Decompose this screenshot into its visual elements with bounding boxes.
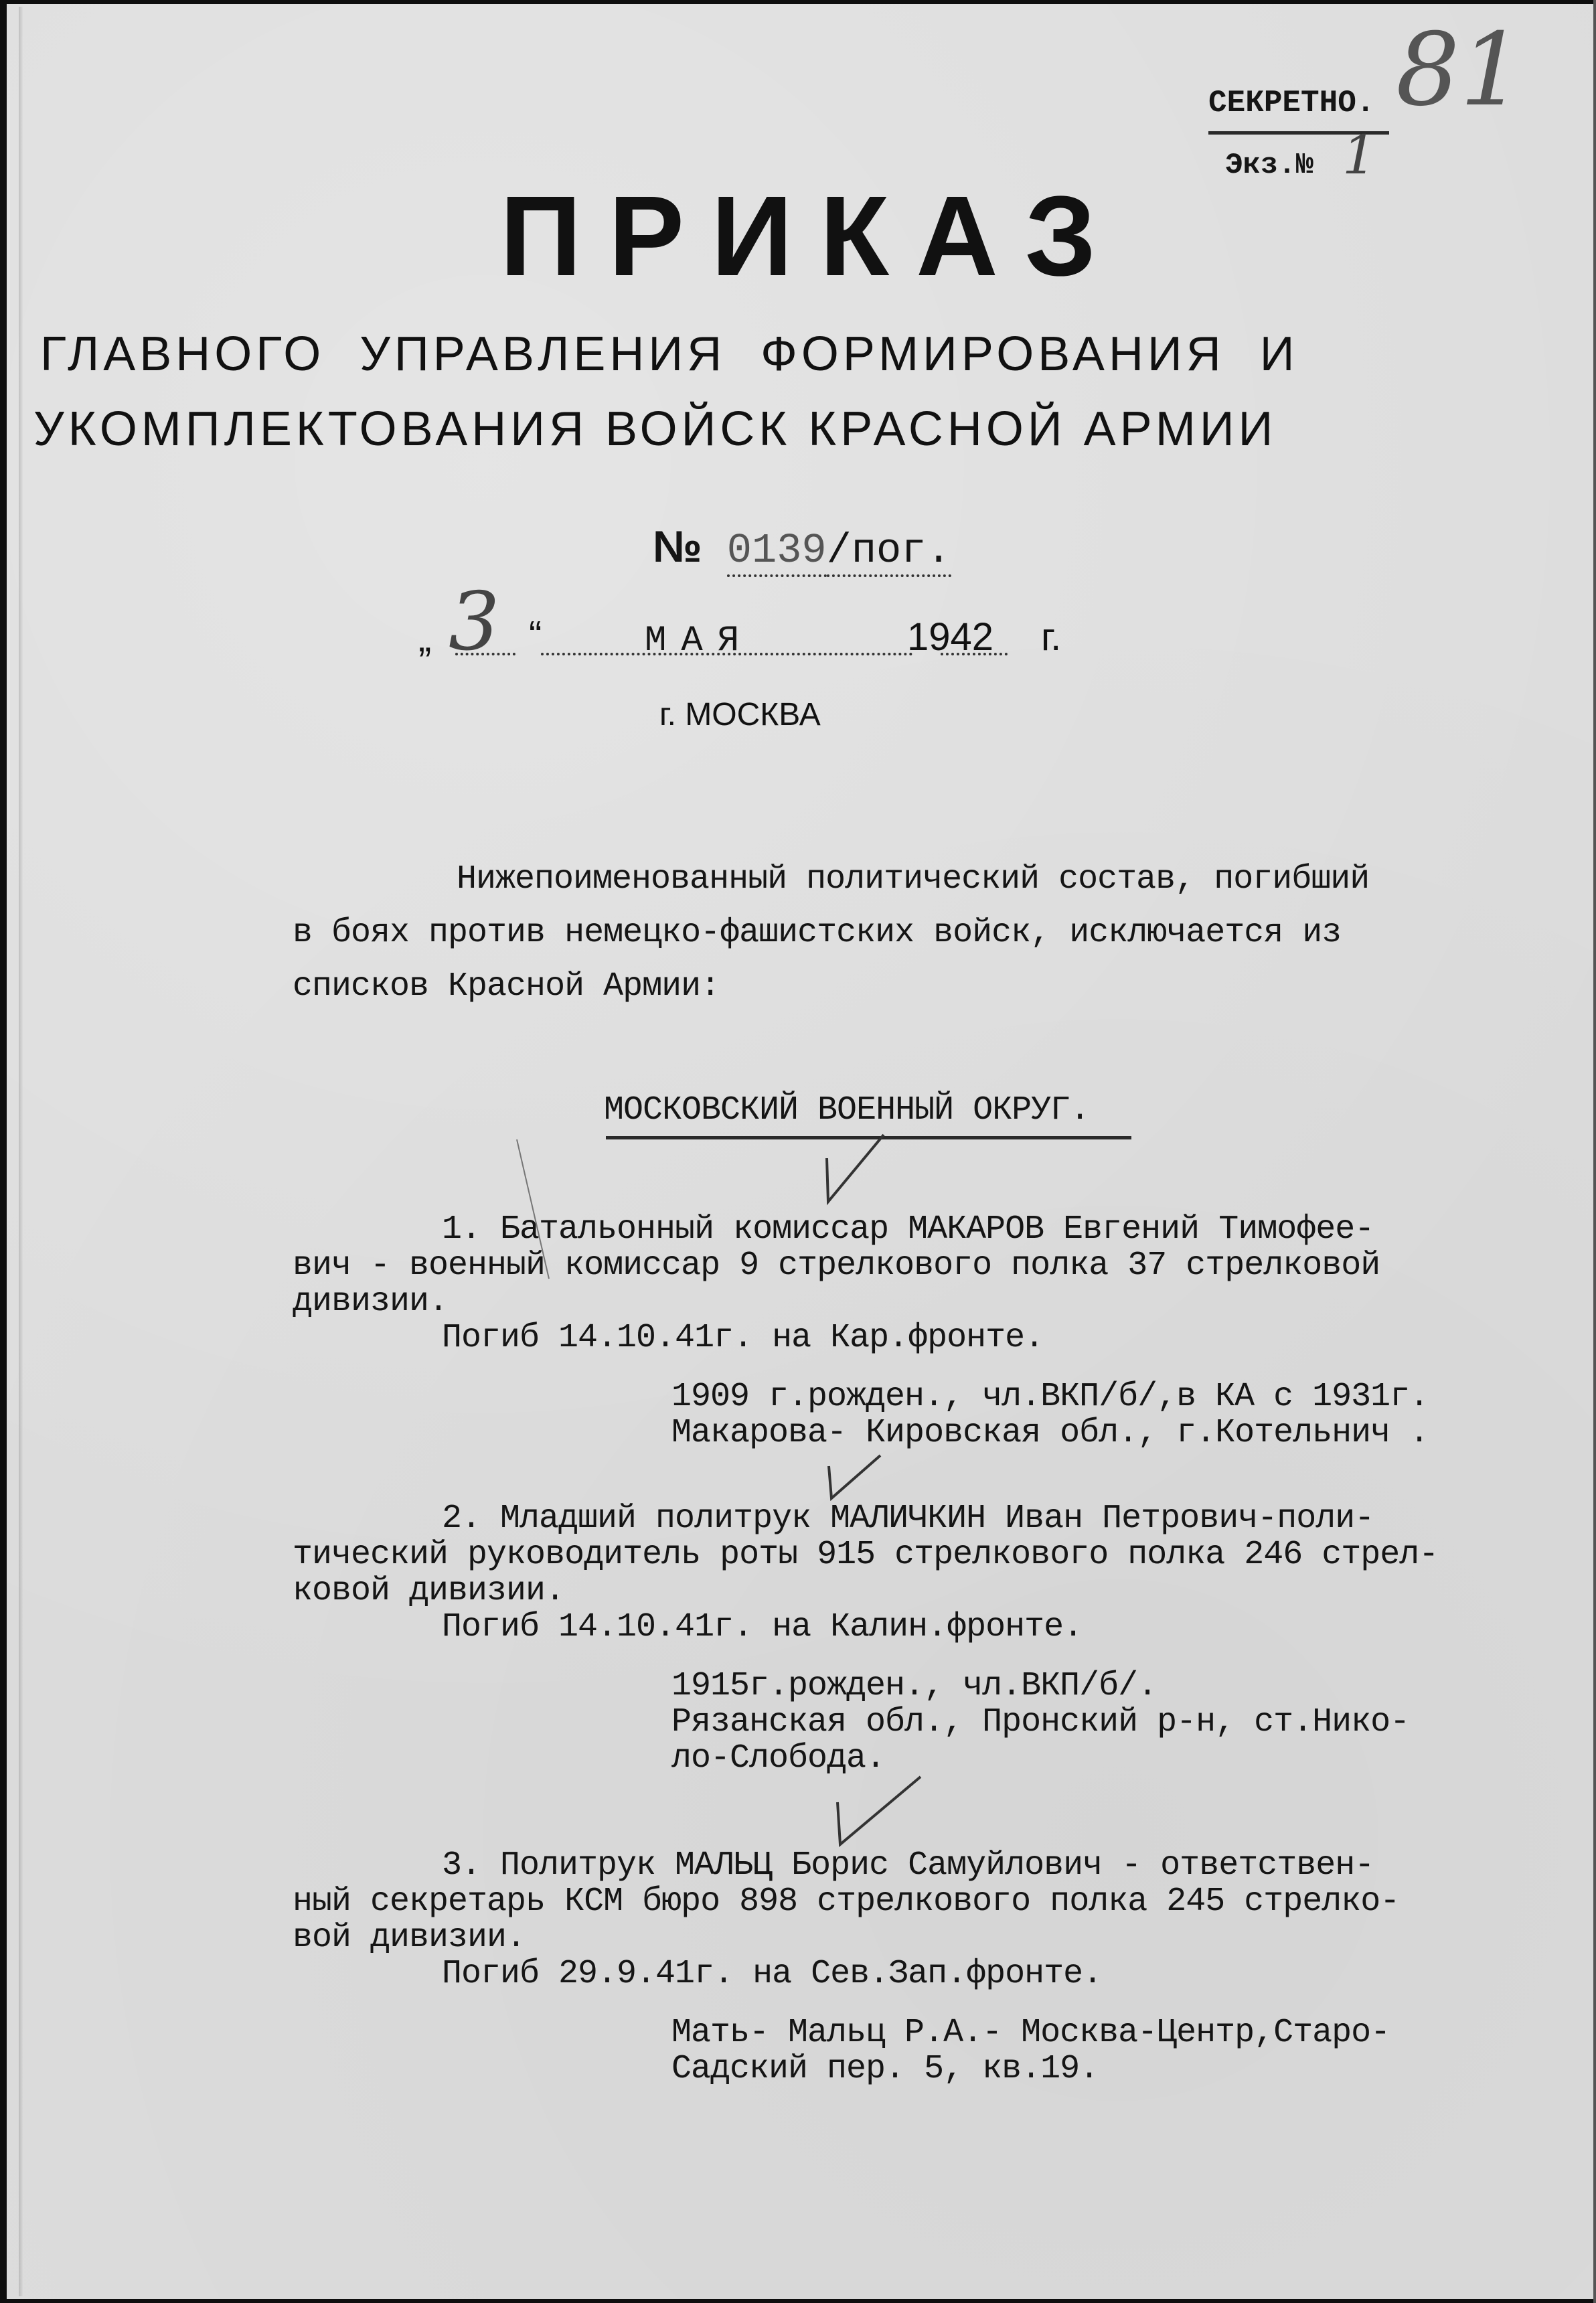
date-open-quote: „ — [418, 616, 431, 661]
entry-3-line-1: 3. Политрук МАЛЬЦ Борис Самуйлович - отв… — [442, 1846, 1374, 1885]
order-number: № 0139/пог. — [653, 521, 951, 574]
entry-1-detail-2: Макарова- Кировская обл., г.Котельнич . — [671, 1414, 1429, 1452]
entry-1-line-1: 1. Батальонный комиссар МАКАРОВ Евгений … — [442, 1210, 1374, 1249]
checkmark-icon — [833, 1774, 927, 1851]
entry-3-line-2: ный секретарь КСМ бюро 898 стрелкового п… — [293, 1883, 1399, 1921]
sheet-number-handwritten: 81 — [1396, 12, 1524, 129]
entry-1-line-3: дивизии. — [293, 1283, 448, 1321]
page-right-edge — [1593, 0, 1596, 2303]
pencil-stroke-mark — [515, 1138, 556, 1289]
entry-2-line-1: 2. Младший политрук МАЛИЧКИН Иван Петров… — [442, 1500, 1374, 1538]
number-sign: № — [653, 522, 702, 571]
order-number-value: 0139 — [727, 527, 827, 577]
entry-1-detail-1: 1909 г.рожден., чл.ВКП/б/,в КА с 1931г. — [671, 1378, 1429, 1416]
date-month: МАЯ — [645, 621, 754, 661]
checkmark-icon — [823, 1453, 890, 1503]
entry-2-line-3: ковой дивизии. — [293, 1572, 564, 1610]
entry-3-detail-1: Мать- Мальц Р.А.- Москва-Центр,Старо- — [671, 2014, 1390, 2052]
entry-2-line-2: тический руководитель роты 915 стрелково… — [293, 1536, 1438, 1574]
issuer-line-1: ГЛАВНОГО УПРАВЛЕНИЯ ФОРМИРОВАНИЯ И — [40, 327, 1298, 382]
issue-city: г. МОСКВА — [659, 696, 821, 733]
date-year-dotted-line — [941, 653, 1008, 655]
entry-1-death: Погиб 14.10.41г. на Кар.фронте. — [442, 1319, 1044, 1357]
classification-label: СЕКРЕТНО. — [1208, 86, 1374, 121]
checkmark-icon — [820, 1131, 900, 1215]
issuer-line-2: УКОМПЛЕКТОВАНИЯ ВОЙСК КРАСНОЙ АРМИИ — [33, 402, 1277, 457]
district-heading: МОСКОВСКИЙ ВОЕННЫЙ ОКРУГ. — [604, 1091, 1089, 1129]
entry-2-detail-1: 1915г.рожден., чл.ВКП/б/. — [671, 1667, 1157, 1705]
date-day-dotted-line — [455, 653, 515, 655]
date-year-suffix: г. — [1041, 615, 1061, 659]
preamble-line-3: списков Красной Армии: — [293, 967, 720, 1006]
page-binding-edge — [19, 7, 23, 2296]
entry-3-detail-2: Садский пер. 5, кв.19. — [671, 2050, 1099, 2088]
entry-1-line-2: вич - военный комиссар 9 стрелкового пол… — [293, 1247, 1380, 1285]
preamble-line-1: Нижепоименованный политический состав, п… — [457, 860, 1369, 898]
date-close-quote: “ — [529, 613, 542, 657]
order-number-suffix: /пог. — [827, 527, 951, 577]
entry-3-line-3: вой дивизии. — [293, 1919, 526, 1957]
entry-3-death: Погиб 29.9.41г. на Сев.Зап.фронте. — [442, 1955, 1102, 1993]
document-title: ПРИКАЗ — [0, 171, 1596, 302]
entry-2-death: Погиб 14.10.41г. на Калин.фронте. — [442, 1608, 1083, 1646]
entry-2-detail-3: ло-Слобода. — [671, 1739, 885, 1777]
entry-2-detail-2: Рязанская обл., Пронский р-н, ст.Нико- — [671, 1703, 1409, 1741]
preamble-line-2: в боях против немецко-фашистских войск, … — [293, 914, 1341, 952]
